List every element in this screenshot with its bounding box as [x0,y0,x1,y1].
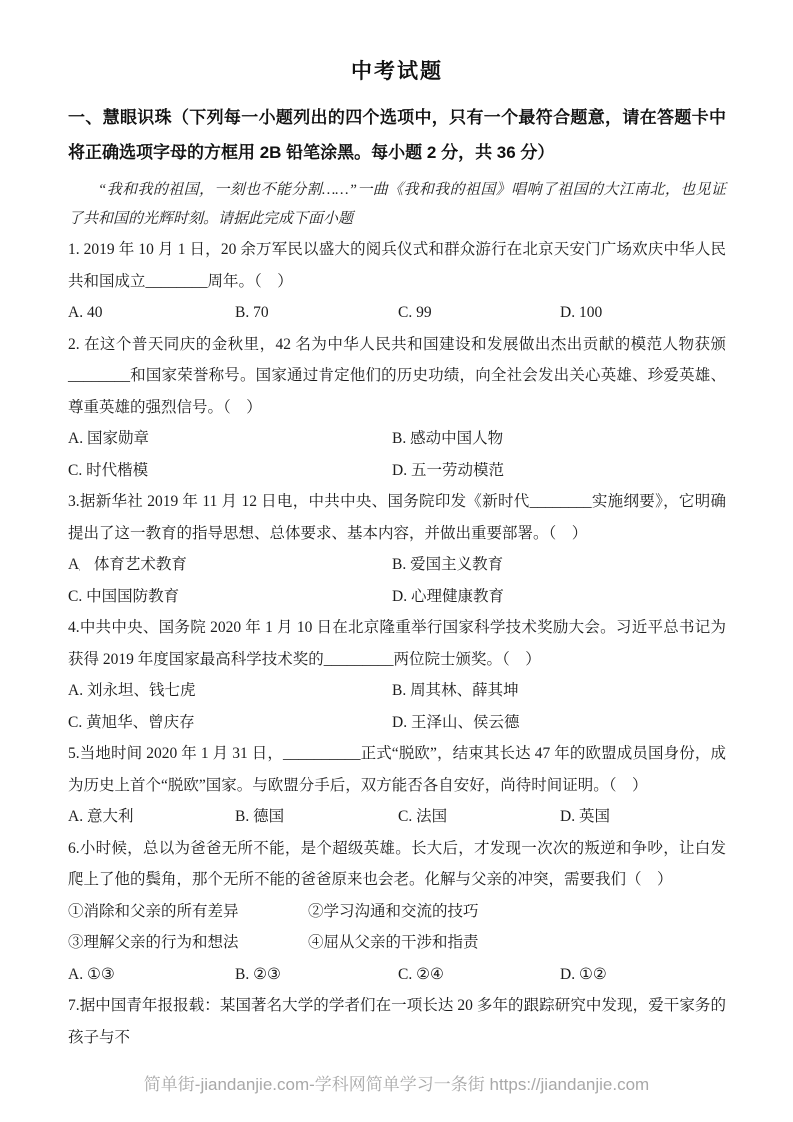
question-7-stem: 7.据中国青年报报载：某国著名大学的学者们在一项长达 20 多年的跟踪研究中发现… [68,990,726,1053]
question-2-option-D: D. 五一劳动模范 [392,455,726,487]
question-5-option-D: D. 英国 [560,801,726,833]
footer-watermark: 简单街-jiandanjie.com-学科网简单学习一条街 https://ji… [0,1070,793,1095]
question-1-option-B: B. 70 [235,297,398,329]
section-heading: 一、慧眼识珠（下列每一小题列出的四个选项中，只有一个最符合题意，请在答题卡中将正… [68,100,726,170]
question-5-options: A. 意大利B. 德国C. 法国D. 英国 [68,801,726,833]
question-1-stem: 1. 2019 年 10 月 1 日，20 余万军民以盛大的阅兵仪式和群众游行在… [68,234,726,297]
question-7: 7.据中国青年报报载：某国著名大学的学者们在一项长达 20 多年的跟踪研究中发现… [68,990,726,1053]
question-1-options: A. 40B. 70C. 99D. 100 [68,297,726,329]
question-1: 1. 2019 年 10 月 1 日，20 余万军民以盛大的阅兵仪式和群众游行在… [68,234,726,329]
page-title: 中考试题 [68,58,726,86]
question-2: 2. 在这个普天同庆的金秋里，42 名为中华人民共和国建设和发展做出杰出贡献的模… [68,329,726,487]
exam-page: 中考试题 一、慧眼识珠（下列每一小题列出的四个选项中，只有一个最符合题意，请在答… [0,0,793,1122]
question-1-option-A: A. 40 [68,297,235,329]
question-5-option-B: B. 德国 [235,801,398,833]
question-4-options: A. 刘永坦、钱七虎B. 周其林、薛其坤C. 黄旭华、曾庆存D. 王泽山、侯云德 [68,675,726,738]
question-2-stem: 2. 在这个普天同庆的金秋里，42 名为中华人民共和国建设和发展做出杰出贡献的模… [68,329,726,424]
question-6-option-C: C. ②④ [398,959,560,991]
question-4: 4.中共中央、国务院 2020 年 1 月 10 日在北京隆重举行国家科学技术奖… [68,612,726,738]
question-3-option-D: D. 心理健康教育 [392,581,726,613]
question-6-stem: 6.小时候，总以为爸爸无所不能，是个超级英雄。长大后，才发现一次次的叛逆和争吵，… [68,833,726,896]
question-6: 6.小时候，总以为爸爸无所不能，是个超级英雄。长大后，才发现一次次的叛逆和争吵，… [68,833,726,991]
question-3-options: A 体育艺术教育B. 爱国主义教育C. 中国国防教育D. 心理健康教育 [68,549,726,612]
question-4-option-D: D. 王泽山、侯云德 [392,707,726,739]
question-4-option-B: B. 周其林、薛其坤 [392,675,726,707]
question-3-stem: 3.据新华社 2019 年 11 月 12 日电，中共中央、国务院印发《新时代_… [68,486,726,549]
question-6-option-B: B. ②③ [235,959,398,991]
question-5-option-C: C. 法国 [398,801,560,833]
question-2-option-C: C. 时代楷模 [68,455,392,487]
question-5-option-A: A. 意大利 [68,801,235,833]
question-1-option-C: C. 99 [398,297,560,329]
question-6-subitems: ①消除和父亲的所有差异②学习沟通和交流的技巧③理解父亲的行为和想法④屈从父亲的干… [68,896,726,959]
question-3-option-C: C. 中国国防教育 [68,581,392,613]
question-6-subitem-2: ②学习沟通和交流的技巧 [308,896,726,928]
question-6-subitem-1: ①消除和父亲的所有差异 [68,896,308,928]
question-1-option-D: D. 100 [560,297,726,329]
question-list: 1. 2019 年 10 月 1 日，20 余万军民以盛大的阅兵仪式和群众游行在… [68,234,726,1053]
question-4-option-C: C. 黄旭华、曾庆存 [68,707,392,739]
question-2-options: A. 国家勋章B. 感动中国人物C. 时代楷模D. 五一劳动模范 [68,423,726,486]
question-5: 5.当地时间 2020 年 1 月 31 日，__________正式“脱欧”，… [68,738,726,833]
question-6-option-A: A. ①③ [68,959,235,991]
question-3-option-A: A 体育艺术教育 [68,549,392,581]
stray-mark: · [78,566,81,575]
question-6-subitem-4: ④屈从父亲的干涉和指责 [308,927,726,959]
question-6-subitem-3: ③理解父亲的行为和想法 [68,927,308,959]
question-3: 3.据新华社 2019 年 11 月 12 日电，中共中央、国务院印发《新时代_… [68,486,726,612]
question-4-option-A: A. 刘永坦、钱七虎 [68,675,392,707]
question-5-stem: 5.当地时间 2020 年 1 月 31 日，__________正式“脱欧”，… [68,738,726,801]
question-6-options: A. ①③B. ②③C. ②④D. ①② [68,959,726,991]
question-6-option-D: D. ①② [560,959,726,991]
question-4-stem: 4.中共中央、国务院 2020 年 1 月 10 日在北京隆重举行国家科学技术奖… [68,612,726,675]
intro-paragraph: “我和我的祖国，一刻也不能分割……”一曲《我和我的祖国》唱响了祖国的大江南北，也… [68,176,726,234]
question-3-option-B: B. 爱国主义教育 [392,549,726,581]
question-2-option-B: B. 感动中国人物 [392,423,726,455]
question-2-option-A: A. 国家勋章 [68,423,392,455]
